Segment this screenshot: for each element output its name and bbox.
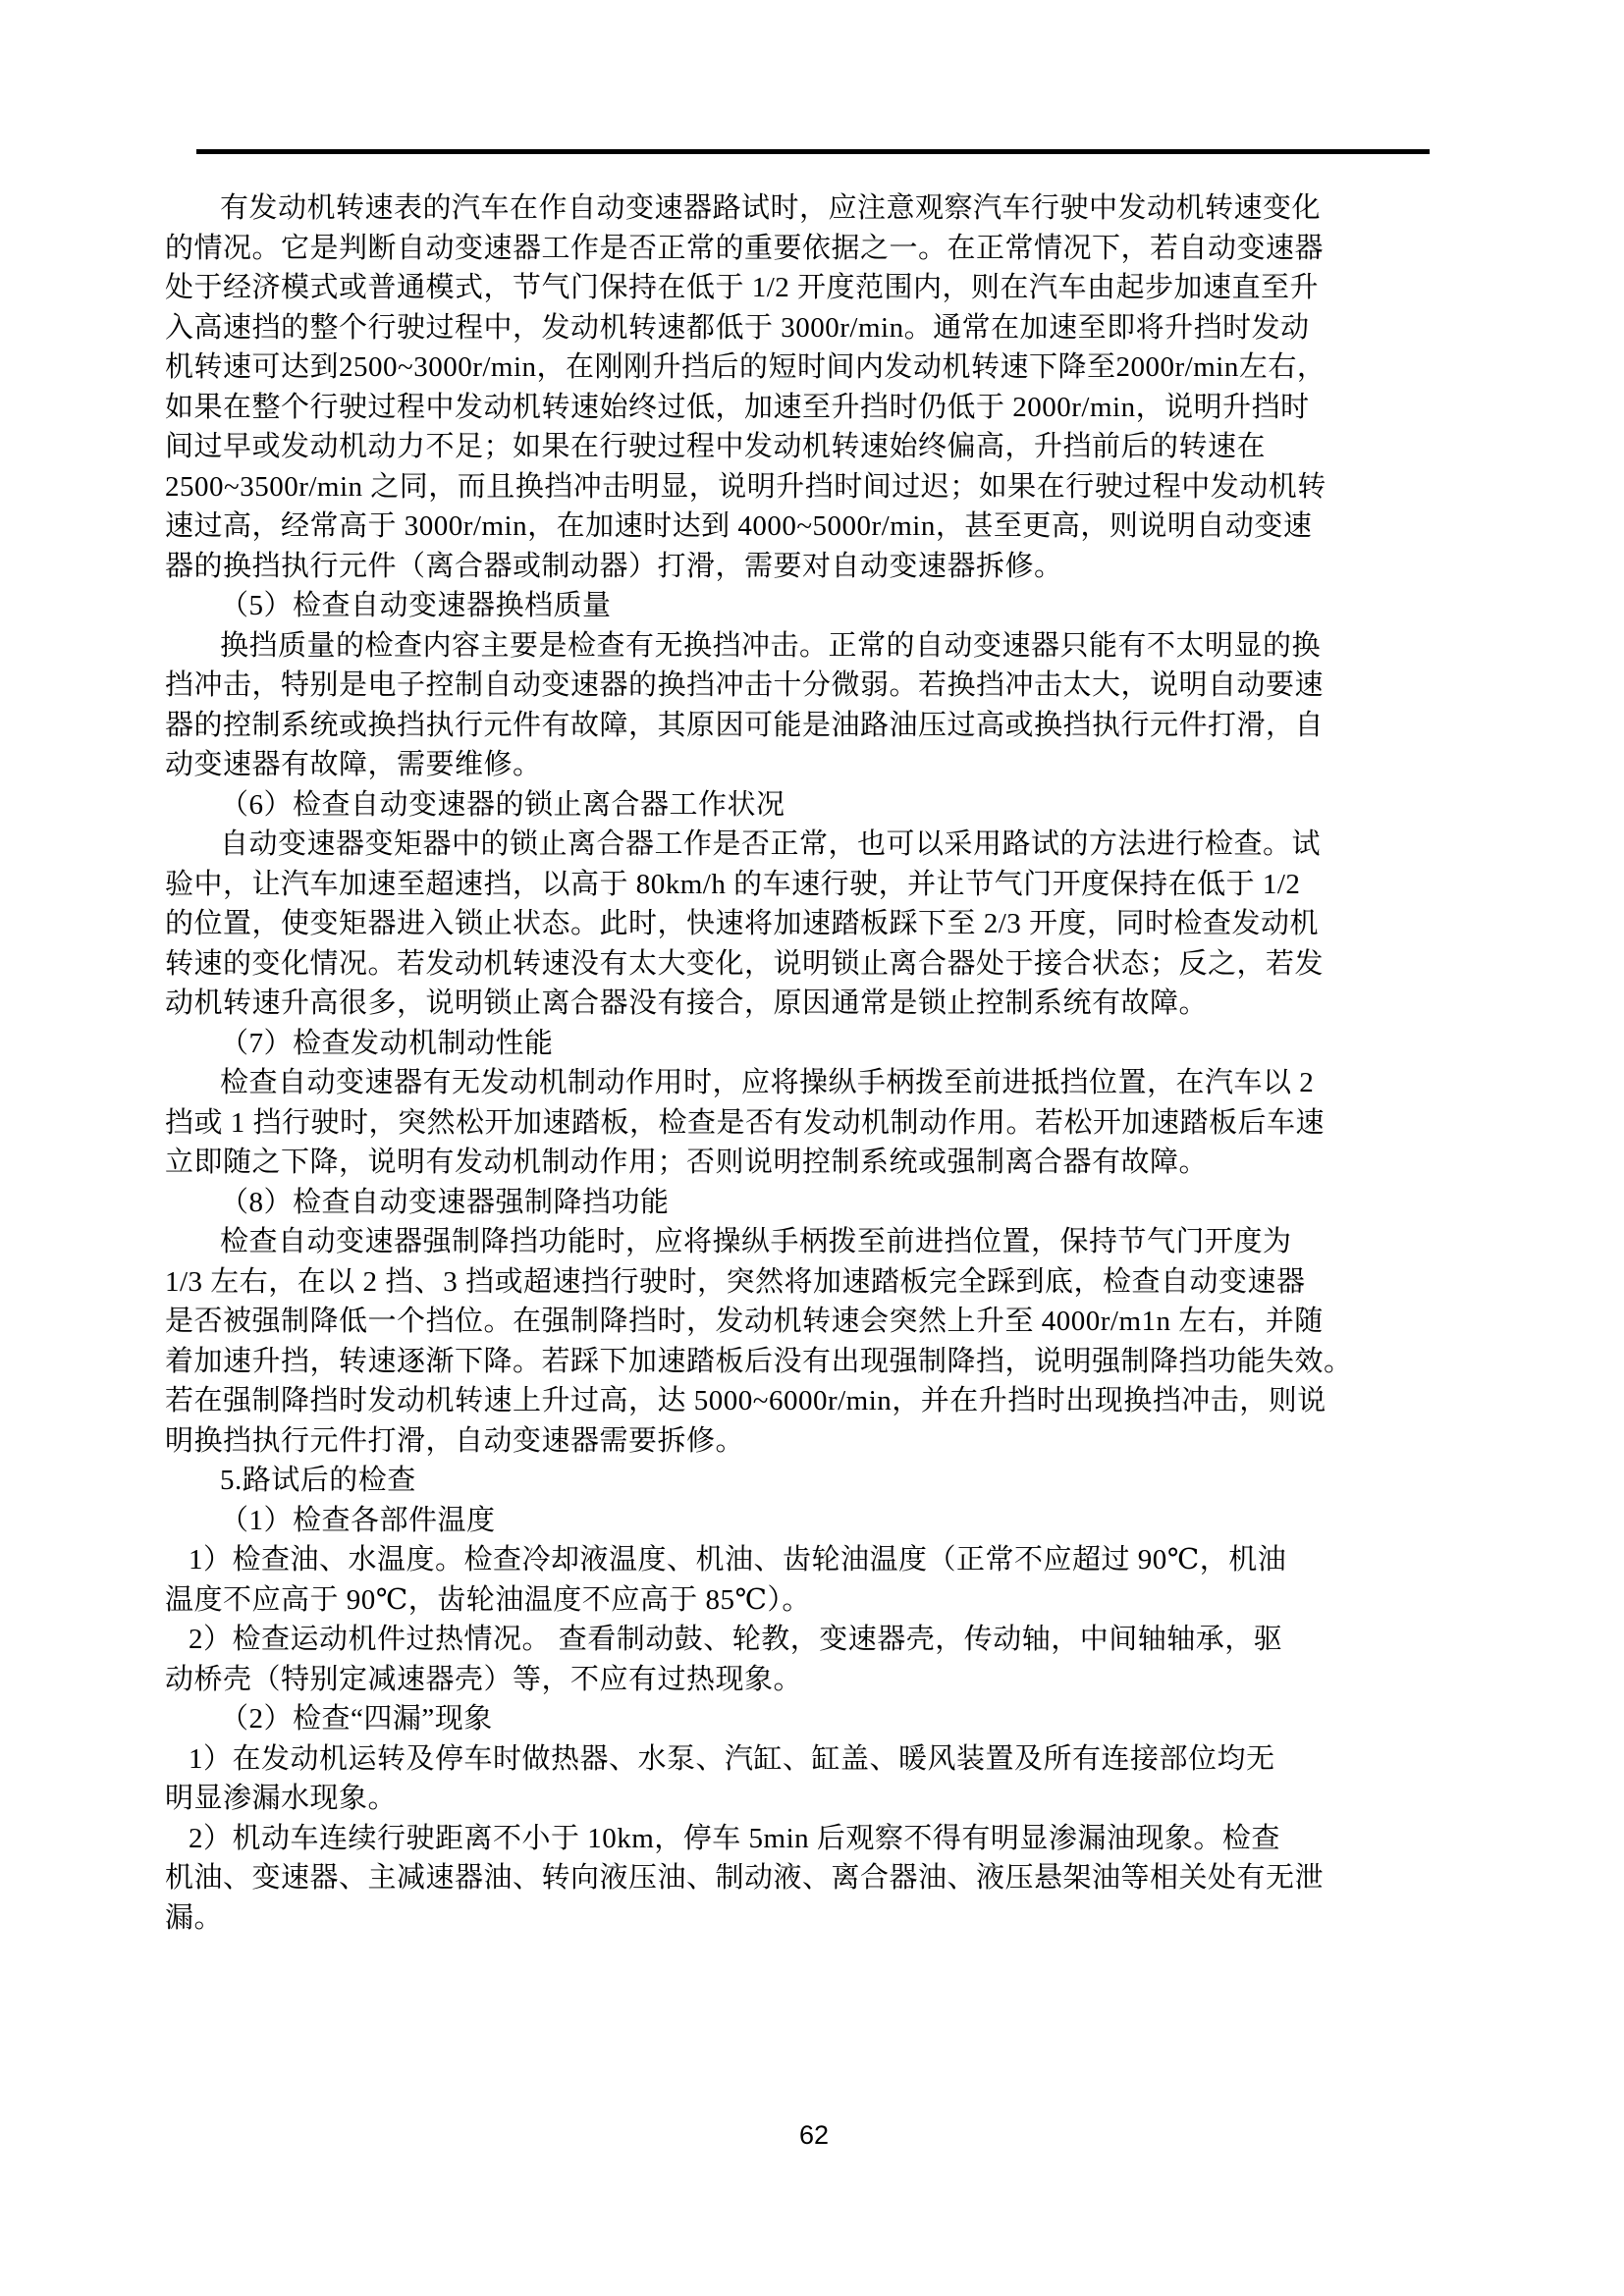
text-line: 1）检查油、水温度。检查冷却液温度、机油、齿轮油温度（正常不应超过 90℃，机油 xyxy=(165,1540,1463,1580)
text-line: 检查自动变速器有无发动机制动作用时，应将操纵手柄拨至前进抵挡位置，在汽车以 2 xyxy=(165,1063,1463,1103)
text-line: 若在强制降挡时发动机转速上升过高，达 5000~6000r/min，并在升挡时出… xyxy=(165,1381,1463,1421)
text-line: 的位置，使变矩器进入锁止状态。此时，快速将加速踏板踩下至 2/3 开度，同时检查… xyxy=(165,904,1463,944)
text-line: 是否被强制降低一个挡位。在强制降挡时，发动机转速会突然上升至 4000r/m1n… xyxy=(165,1302,1463,1342)
text-line: 挡或 1 挡行驶时，突然松开加速踏板，检查是否有发动机制动作用。若松开加速踏板后… xyxy=(165,1103,1463,1144)
text-line: 处于经济模式或普通模式，节气门保持在低于 1/2 开度范围内，则在汽车由起步加速… xyxy=(165,268,1463,308)
text-line: 器的控制系统或换挡执行元件有故障，其原因可能是油路油压过高或换挡执行元件打滑，自 xyxy=(165,706,1463,746)
text-line: 着加速升挡，转速逐渐下降。若踩下加速踏板后没有出现强制降挡，说明强制降挡功能失效… xyxy=(165,1342,1463,1382)
text-line: 的情况。它是判断自动变速器工作是否正常的重要依据之一。在正常情况下，若自动变速器 xyxy=(165,229,1463,269)
text-line: 机转速可达到2500~3000r/min，在刚刚升挡后的短时间内发动机转速下降至… xyxy=(165,347,1463,388)
text-line: （5）检查自动变速器换档质量 xyxy=(165,586,1463,626)
text-line: （6）检查自动变速器的锁止离合器工作状况 xyxy=(165,785,1463,826)
text-line: 器的换挡执行元件（离合器或制动器）打滑，需要对自动变速器拆修。 xyxy=(165,547,1463,587)
text-line: 1）在发动机运转及停车时做热器、水泵、汽缸、缸盖、暖风装置及所有连接部位均无 xyxy=(165,1739,1463,1780)
text-line: 挡冲击，特别是电子控制自动变速器的换挡冲击十分微弱。若换挡冲击太大，说明自动要速 xyxy=(165,666,1463,706)
header-rule xyxy=(196,149,1430,154)
text-line: 动机转速升高很多，说明锁止离合器没有接合，原因通常是锁止控制系统有故障。 xyxy=(165,984,1463,1024)
text-line: 速过高，经常高于 3000r/min，在加速时达到 4000~5000r/min… xyxy=(165,507,1463,547)
text-line: 2500~3500r/min 之同，而且换挡冲击明显，说明升挡时间过迟；如果在行… xyxy=(165,467,1463,507)
text-line: 动桥壳（特别定减速器壳）等，不应有过热现象。 xyxy=(165,1660,1463,1700)
text-line: （2）检查“四漏”现象 xyxy=(165,1699,1463,1739)
text-line: 如果在整个行驶过程中发动机转速始终过低，加速至升挡时仍低于 2000r/min，… xyxy=(165,388,1463,428)
text-line: 明显渗漏水现象。 xyxy=(165,1779,1463,1819)
body-text: 有发动机转速表的汽车在作自动变速器路试时，应注意观察汽车行驶中发动机转速变化的情… xyxy=(165,188,1463,1938)
text-line: 5.路试后的检查 xyxy=(165,1461,1463,1501)
text-line: 验中，让汽车加速至超速挡，以高于 80km/h 的车速行驶，并让节气门开度保持在… xyxy=(165,865,1463,905)
text-line: （7）检查发动机制动性能 xyxy=(165,1024,1463,1064)
text-line: 动变速器有故障，需要维修。 xyxy=(165,745,1463,785)
text-line: 检查自动变速器强制降挡功能时，应将操纵手柄拨至前进挡位置，保持节气门开度为 xyxy=(165,1222,1463,1262)
text-line: 有发动机转速表的汽车在作自动变速器路试时，应注意观察汽车行驶中发动机转速变化 xyxy=(165,188,1463,229)
page-number: 62 xyxy=(165,2120,1463,2151)
text-line: 间过早或发动机动力不足；如果在行驶过程中发动机转速始终偏高，升挡前后的转速在 xyxy=(165,427,1463,467)
text-line: 漏。 xyxy=(165,1898,1463,1939)
text-line: 机油、变速器、主减速器油、转向液压油、制动液、离合器油、液压悬架油等相关处有无泄 xyxy=(165,1858,1463,1898)
text-line: 入高速挡的整个行驶过程中，发动机转速都低于 3000r/min。通常在加速至即将… xyxy=(165,308,1463,348)
text-line: 2）机动车连续行驶距离不小于 10km，停车 5min 后观察不得有明显渗漏油现… xyxy=(165,1819,1463,1859)
text-line: 立即随之下降，说明有发动机制动作用；否则说明控制系统或强制离合器有故障。 xyxy=(165,1143,1463,1183)
text-line: 温度不应高于 90℃，齿轮油温度不应高于 85℃）。 xyxy=(165,1580,1463,1621)
text-line: 自动变速器变矩器中的锁止离合器工作是否正常，也可以采用路试的方法进行检查。试 xyxy=(165,825,1463,865)
text-line: （1）检查各部件温度 xyxy=(165,1501,1463,1541)
text-line: （8）检查自动变速器强制降挡功能 xyxy=(165,1183,1463,1223)
text-line: 转速的变化情况。若发动机转速没有太大变化，说明锁止离合器处于接合状态；反之，若发 xyxy=(165,944,1463,985)
text-line: 明换挡执行元件打滑，自动变速器需要拆修。 xyxy=(165,1421,1463,1462)
text-line: 1/3 左右，在以 2 挡、3 挡或超速挡行驶时，突然将加速踏板完全踩到底，检查… xyxy=(165,1262,1463,1303)
text-line: 换挡质量的检查内容主要是检查有无换挡冲击。正常的自动变速器只能有不太明显的换 xyxy=(165,626,1463,667)
text-line: 2）检查运动机件过热情况。 查看制动鼓、轮教，变速器壳，传动轴，中间轴轴承，驱 xyxy=(165,1620,1463,1660)
